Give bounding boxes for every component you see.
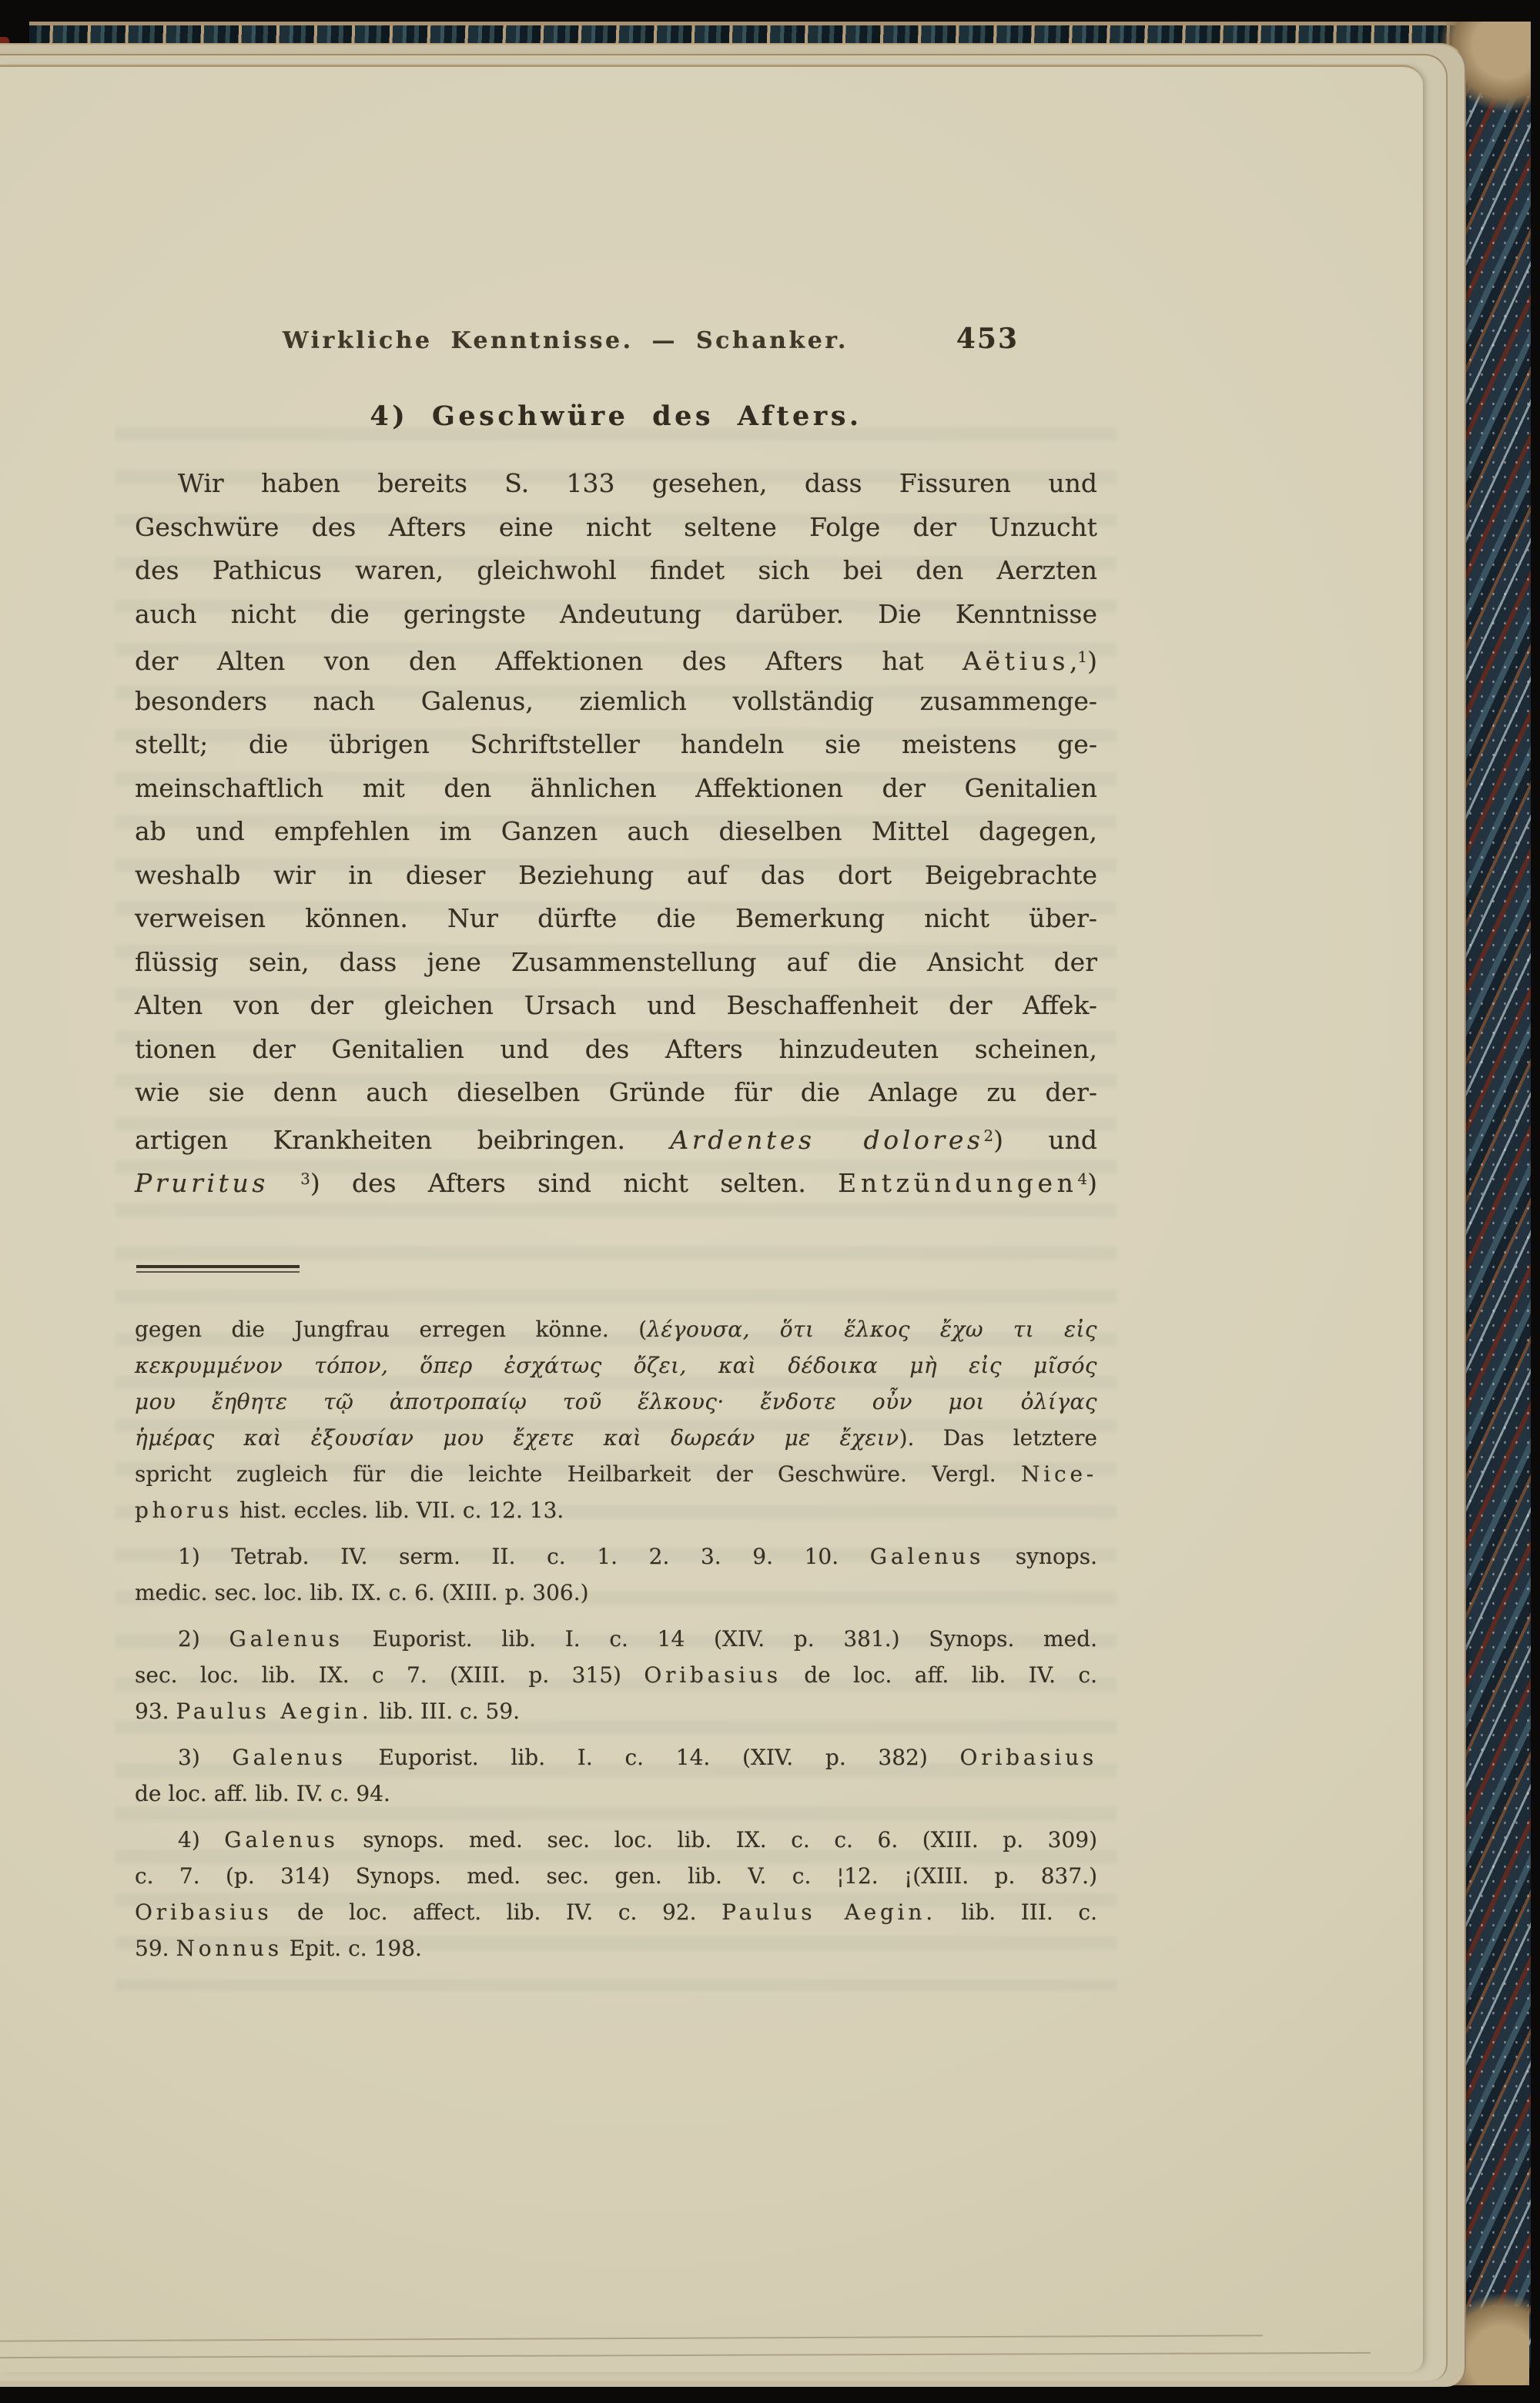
text-line: Oribasius de loc. affect. lib. IV. c. 92…: [135, 1894, 1097, 1930]
text-line: stellt; die übrigen Schriftsteller hande…: [135, 723, 1097, 767]
text-line: ἡμέρας καὶ ἐξουσίαν μου ἔχετε καὶ δωρεάν…: [135, 1420, 1097, 1456]
text-line: 2) Galenus Euporist. lib. I. c. 14 (XIV.…: [135, 1621, 1097, 1657]
text-line: 93. Paulus Aegin. lib. III. c. 59.: [135, 1693, 1097, 1729]
text-line: Pruritus 3) des Afters sind nicht selten…: [135, 1158, 1097, 1202]
running-header: Wirkliche Kenntnisse. — Schanker. 453: [135, 327, 1097, 366]
footnote-block: 2) Galenus Euporist. lib. I. c. 14 (XIV.…: [135, 1621, 1097, 1729]
text-line: 4) Galenus synops. med. sec. loc. lib. I…: [135, 1822, 1097, 1858]
text-line: Alten von der gleichen Ursach und Bescha…: [135, 984, 1097, 1028]
footnotes: gegen die Jungfrau erregen könne. (λέγου…: [135, 1311, 1097, 1976]
text-line: ab und empfehlen im Ganzen auch dieselbe…: [135, 810, 1097, 854]
text-line: spricht zugleich für die leichte Heilbar…: [135, 1456, 1097, 1492]
footnote-separator: [136, 1265, 300, 1273]
text-line: medic. sec. loc. lib. IX. c. 6. (XIII. p…: [135, 1575, 1097, 1611]
body-paragraph: Wir haben bereits S. 133 gesehen, dass F…: [135, 462, 1097, 1202]
footnote-block: 3) Galenus Euporist. lib. I. c. 14. (XIV…: [135, 1739, 1097, 1812]
marbled-cover: [1465, 31, 1531, 2385]
text-line: weshalb wir in dieser Beziehung auf das …: [135, 854, 1097, 898]
text-line: besonders nach Galenus, ziemlich vollstä…: [135, 680, 1097, 724]
text-line: auch nicht die geringste Andeutung darüb…: [135, 593, 1097, 637]
text-line: des Pathicus waren, gleichwohl findet si…: [135, 549, 1097, 593]
text-line: 1) Tetrab. IV. serm. II. c. 1. 2. 3. 9. …: [135, 1538, 1097, 1575]
text-line: artigen Krankheiten beibringen. Ardentes…: [135, 1115, 1097, 1159]
text-line: c. 7. (p. 314) Synops. med. sec. gen. li…: [135, 1858, 1097, 1894]
text-line: gegen die Jungfrau erregen könne. (λέγου…: [135, 1311, 1097, 1347]
text-line: tionen der Genitalien und des Afters hin…: [135, 1028, 1097, 1072]
page-number: 453: [956, 323, 1019, 355]
text-line: der Alten von den Affektionen des Afters…: [135, 636, 1097, 680]
text-line: verweisen können. Nur dürfte die Bemerku…: [135, 897, 1097, 941]
text-line: sec. loc. lib. IX. c 7. (XIII. p. 315) O…: [135, 1657, 1097, 1693]
footnote-block: 4) Galenus synops. med. sec. loc. lib. I…: [135, 1822, 1097, 1966]
text-line: meinschaftlich mit den ähnlichen Affekti…: [135, 767, 1097, 811]
text-line: wie sie denn auch dieselben Gründe für d…: [135, 1071, 1097, 1115]
text-line: phorus hist. eccles. lib. VII. c. 12. 13…: [135, 1492, 1097, 1528]
text-line: de loc. aff. lib. IV. c. 94.: [135, 1775, 1097, 1812]
text-line: 59. Nonnus Epit. c. 198.: [135, 1930, 1097, 1966]
footnote-block: 1) Tetrab. IV. serm. II. c. 1. 2. 3. 9. …: [135, 1538, 1097, 1611]
text-line: μου ἔηθητε τῷ ἀποτροπαίῳ τοῦ ἕλκους· ἔνδ…: [135, 1384, 1097, 1420]
text-line: Geschwüre des Afters eine nicht seltene …: [135, 506, 1097, 550]
text-line: κεκρυμμένον τόπον, ὅπερ ἐσχάτως ὄζει, κα…: [135, 1347, 1097, 1384]
book-scan: { "book": { "running_header": { "title":…: [0, 0, 1540, 2403]
text-line: flüssig sein, dass jene Zusammenstellung…: [135, 941, 1097, 985]
running-title: Wirkliche Kenntnisse. — Schanker.: [283, 327, 849, 354]
text-line: Wir haben bereits S. 133 gesehen, dass F…: [135, 462, 1097, 506]
footnote-block: gegen die Jungfrau erregen könne. (λέγου…: [135, 1311, 1097, 1528]
section-heading: 4) Geschwüre des Afters.: [135, 400, 1097, 432]
page-content: Wirkliche Kenntnisse. — Schanker. 453 4)…: [135, 327, 1097, 366]
text-line: 3) Galenus Euporist. lib. I. c. 14. (XIV…: [135, 1739, 1097, 1775]
